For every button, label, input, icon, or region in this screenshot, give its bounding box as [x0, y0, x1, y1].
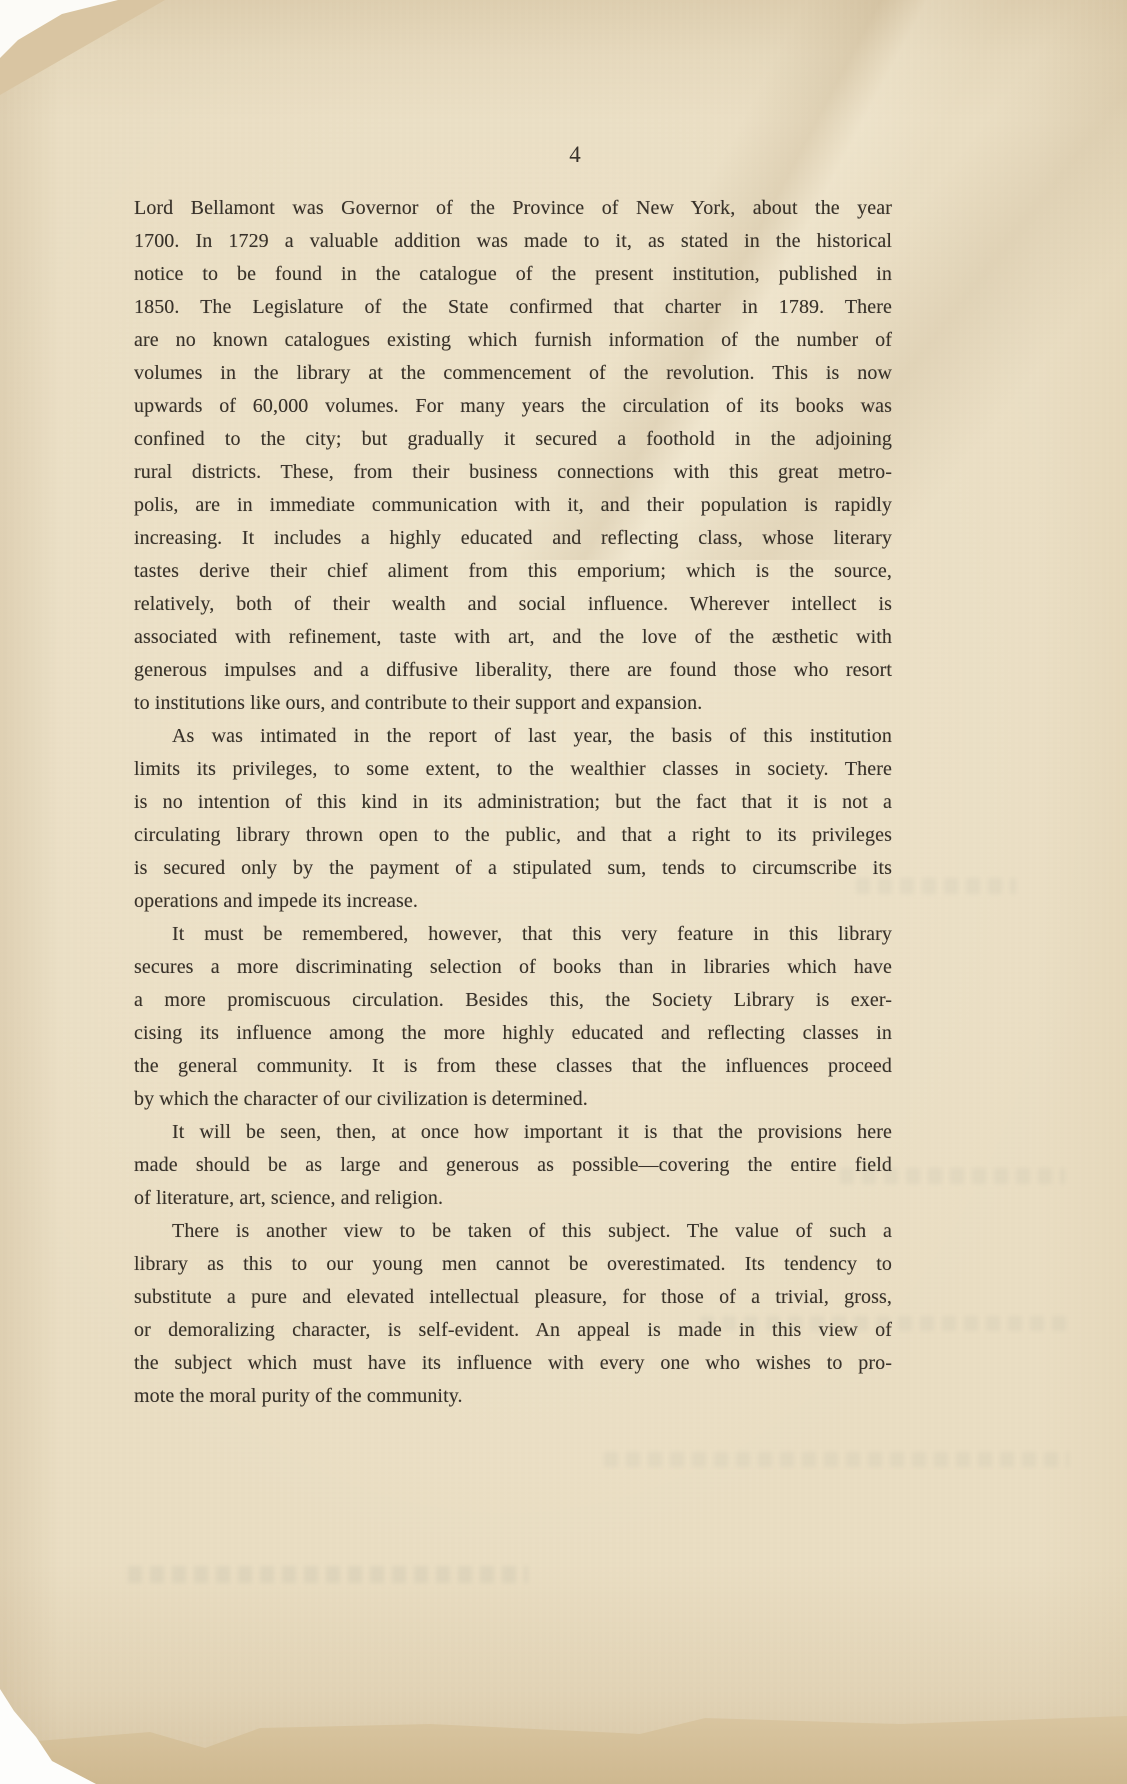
paragraph: As was intimated in the report of last y…: [134, 720, 892, 918]
paragraph: It must be remembered, however, that thi…: [134, 918, 892, 1116]
text-line: substitute a pure and elevated intellect…: [134, 1281, 892, 1314]
text-line: operations and impede its increase.: [134, 885, 892, 918]
text-line: upwards of 60,000 volumes. For many year…: [134, 390, 892, 423]
text-line: the subject which must have its influenc…: [134, 1347, 892, 1380]
text-line: secures a more discriminating selection …: [134, 951, 892, 984]
scanned-book-page: 4 Lord Bellamont was Governor of the Pro…: [0, 0, 1127, 1784]
page-bottom-tear: [0, 1689, 110, 1784]
paragraph: Lord Bellamont was Governor of the Provi…: [134, 192, 892, 720]
text-line: by which the character of our civilizati…: [134, 1083, 892, 1116]
text-line: polis, are in immediate communication wi…: [134, 489, 892, 522]
page-number: 4: [540, 142, 610, 168]
text-line: of literature, art, science, and religio…: [134, 1182, 892, 1215]
page-text: Lord Bellamont was Governor of the Provi…: [134, 192, 892, 1413]
text-line: notice to be found in the catalogue of t…: [134, 258, 892, 291]
text-line: the general community. It is from these …: [134, 1050, 892, 1083]
text-line: mote the moral purity of the community.: [134, 1380, 892, 1413]
text-line: Lord Bellamont was Governor of the Provi…: [134, 192, 892, 225]
bleedthrough-mark: [604, 1452, 1069, 1467]
text-line: confined to the city; but gradually it s…: [134, 423, 892, 456]
text-line: It will be seen, then, at once how impor…: [134, 1116, 892, 1149]
text-line: As was intimated in the report of last y…: [134, 720, 892, 753]
text-line: There is another view to be taken of thi…: [134, 1215, 892, 1248]
text-line: tastes derive their chief aliment from t…: [134, 555, 892, 588]
text-line: generous impulses and a diffusive libera…: [134, 654, 892, 687]
text-line: or demoralizing character, is self-evide…: [134, 1314, 892, 1347]
text-line: limits its privileges, to some extent, t…: [134, 753, 892, 786]
paragraph: There is another view to be taken of thi…: [134, 1215, 892, 1413]
text-line: is secured only by the payment of a stip…: [134, 852, 892, 885]
page-bottom-edge: [0, 1714, 1127, 1784]
text-line: library as this to our young men cannot …: [134, 1248, 892, 1281]
text-line: is no intention of this kind in its admi…: [134, 786, 892, 819]
bleedthrough-mark: [128, 1566, 528, 1583]
text-line: volumes in the library at the commenceme…: [134, 357, 892, 390]
paragraph: It will be seen, then, at once how impor…: [134, 1116, 892, 1215]
text-line: relatively, both of their wealth and soc…: [134, 588, 892, 621]
text-line: 1700. In 1729 a valuable addition was ma…: [134, 225, 892, 258]
text-line: a more promiscuous circulation. Besides …: [134, 984, 892, 1017]
text-line: It must be remembered, however, that thi…: [134, 918, 892, 951]
text-line: associated with refinement, taste with a…: [134, 621, 892, 654]
text-line: circulating library thrown open to the p…: [134, 819, 892, 852]
page-corner-tear: [0, 0, 150, 70]
text-line: 1850. The Legislature of the State confi…: [134, 291, 892, 324]
text-line: made should be as large and generous as …: [134, 1149, 892, 1182]
page-corner-fold: [0, 0, 190, 110]
text-line: cising its influence among the more high…: [134, 1017, 892, 1050]
text-line: increasing. It includes a highly educate…: [134, 522, 892, 555]
text-line: rural districts. These, from their busin…: [134, 456, 892, 489]
text-line: to institutions like ours, and contribut…: [134, 687, 892, 720]
text-line: are no known catalogues existing which f…: [134, 324, 892, 357]
